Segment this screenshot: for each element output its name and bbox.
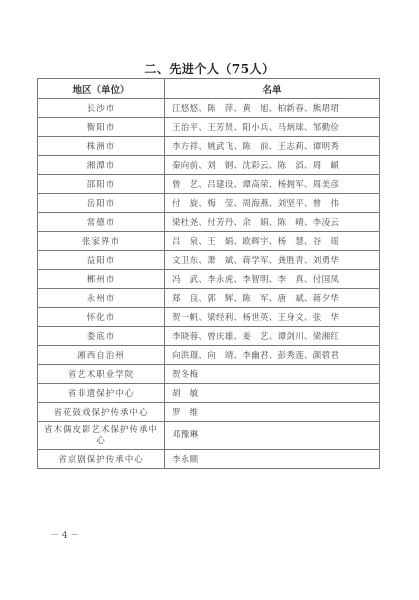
names-cell: 李晓蓉、曾庆雄、姜 艺、谭剑川、梁湘红 [165, 327, 380, 346]
region-cell: 省木偶皮影艺术保护传承中心 [38, 422, 165, 450]
section-title: 二、先进个人（75人） [0, 60, 419, 77]
names-cell: 付 旋、梅 莹、周海燕、刘坚平、曾 伟 [165, 194, 380, 213]
region-cell: 株洲市 [38, 137, 165, 156]
region-cell: 长沙市 [38, 99, 165, 118]
table-row: 湘潭市秦向前、刘 钢、沈彩云、陈 滔、周 頔 [38, 156, 380, 175]
region-cell: 省非遗保护中心 [38, 384, 165, 403]
region-cell: 省花鼓戏保护传承中心 [38, 403, 165, 422]
table-row: 岳阳市付 旋、梅 莹、周海燕、刘坚平、曾 伟 [38, 194, 380, 213]
region-cell: 湘西自治州 [38, 346, 165, 365]
region-cell: 省京剧保护传承中心 [38, 450, 165, 469]
region-cell: 怀化市 [38, 308, 165, 327]
names-cell: 贺一帆、梁经利、杨世英、王身文、张 华 [165, 308, 380, 327]
table-row: 省艺术职业学院贺冬梅 [38, 365, 380, 384]
region-cell: 常德市 [38, 213, 165, 232]
table-row: 张家界市吕 泉、王 娟、欧辉宇、杨 慧、谷 瑶 [38, 232, 380, 251]
names-cell: 罗 维 [165, 403, 380, 422]
table-row: 邵阳市曾 艺、吕建设、谭高荣、杨拥军、周美彦 [38, 175, 380, 194]
table-row: 省木偶皮影艺术保护传承中心邓豫琳 [38, 422, 380, 450]
table-row: 娄底市李晓蓉、曾庆雄、姜 艺、谭剑川、梁湘红 [38, 327, 380, 346]
names-cell: 冯 武、李永虎、李智明、李 真、付国凤 [165, 270, 380, 289]
names-cell: 吕 泉、王 娟、欧辉宇、杨 慧、谷 瑶 [165, 232, 380, 251]
region-cell: 益阳市 [38, 251, 165, 270]
names-cell: 梁杜尧、付芳丹、余 娟、陈 晴、李凌云 [165, 213, 380, 232]
region-cell: 湘潭市 [38, 156, 165, 175]
names-cell: 王治平、王芳贤、阳小兵、马炳球、邹勤俭 [165, 118, 380, 137]
table-row: 湘西自治州向洪璟、向 靖、李幽君、彭秀莲、颜碧君 [38, 346, 380, 365]
table-row: 省非遗保护中心胡 敏 [38, 384, 380, 403]
names-cell: 郑 良、郭 辉、陈 军、唐 斌、蒋夕华 [165, 289, 380, 308]
table-row: 省花鼓戏保护传承中心罗 维 [38, 403, 380, 422]
region-cell: 永州市 [38, 289, 165, 308]
names-cell: 邓豫琳 [165, 422, 380, 450]
names-cell: 向洪璟、向 靖、李幽君、彭秀莲、颜碧君 [165, 346, 380, 365]
names-cell: 贺冬梅 [165, 365, 380, 384]
table-row: 株洲市李方祥、姚武飞、陈 前、王志莉、谭明秀 [38, 137, 380, 156]
header-region: 地区（单位） [38, 79, 165, 99]
names-cell: 李永顺 [165, 450, 380, 469]
region-cell: 郴州市 [38, 270, 165, 289]
region-cell: 邵阳市 [38, 175, 165, 194]
table-row: 永州市郑 良、郭 辉、陈 军、唐 斌、蒋夕华 [38, 289, 380, 308]
advanced-individuals-table: 地区（单位） 名单 长沙市江悠悠、陈 萍、黄 旭、柏新春、熊珺珺衡阳市王治平、王… [37, 78, 380, 469]
region-cell: 岳阳市 [38, 194, 165, 213]
names-cell: 文卫东、萧 斌、蒋学军、龚胜青、刘勇华 [165, 251, 380, 270]
table-row: 常德市梁杜尧、付芳丹、余 娟、陈 晴、李凌云 [38, 213, 380, 232]
names-cell: 曾 艺、吕建设、谭高荣、杨拥军、周美彦 [165, 175, 380, 194]
region-cell: 张家界市 [38, 232, 165, 251]
table-header-row: 地区（单位） 名单 [38, 79, 380, 99]
region-cell: 娄底市 [38, 327, 165, 346]
table-row: 益阳市文卫东、萧 斌、蒋学军、龚胜青、刘勇华 [38, 251, 380, 270]
table-row: 郴州市冯 武、李永虎、李智明、李 真、付国凤 [38, 270, 380, 289]
region-cell: 衡阳市 [38, 118, 165, 137]
table-row: 衡阳市王治平、王芳贤、阳小兵、马炳球、邹勤俭 [38, 118, 380, 137]
header-names: 名单 [165, 79, 380, 99]
table-row: 怀化市贺一帆、梁经利、杨世英、王身文、张 华 [38, 308, 380, 327]
table-row: 长沙市江悠悠、陈 萍、黄 旭、柏新春、熊珺珺 [38, 99, 380, 118]
table-row: 省京剧保护传承中心李永顺 [38, 450, 380, 469]
names-cell: 江悠悠、陈 萍、黄 旭、柏新春、熊珺珺 [165, 99, 380, 118]
names-cell: 李方祥、姚武飞、陈 前、王志莉、谭明秀 [165, 137, 380, 156]
names-cell: 胡 敏 [165, 384, 380, 403]
names-cell: 秦向前、刘 钢、沈彩云、陈 滔、周 頔 [165, 156, 380, 175]
page-number: － 4 － [50, 528, 79, 541]
region-cell: 省艺术职业学院 [38, 365, 165, 384]
